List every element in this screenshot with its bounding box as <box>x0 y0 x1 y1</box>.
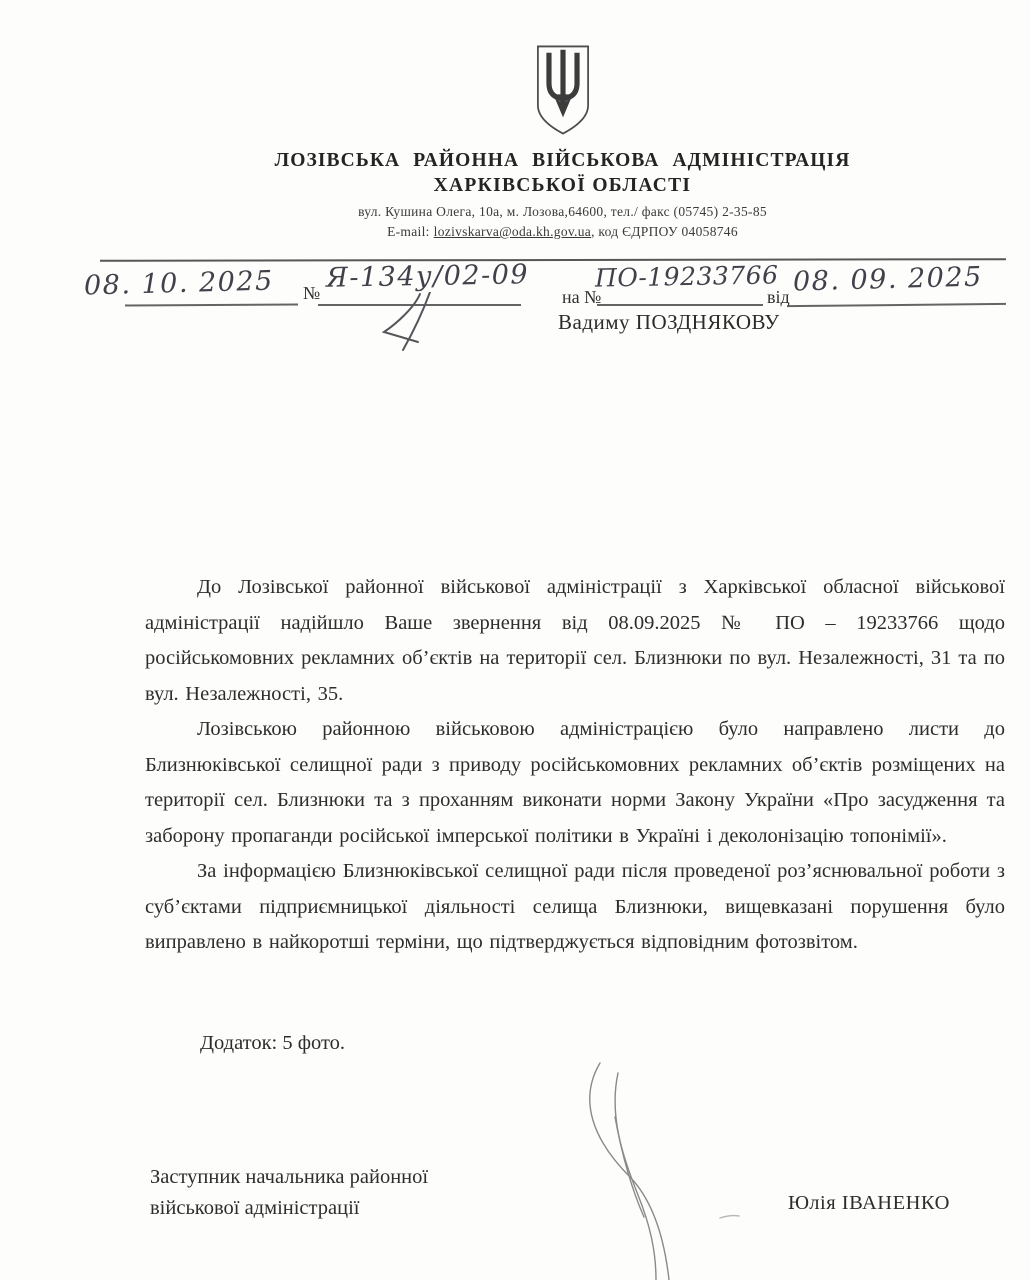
number-label: № <box>303 283 320 304</box>
handwritten-signature <box>560 1055 780 1280</box>
body-paragraph: За інформацією Близнюківської селищної р… <box>145 854 1005 961</box>
signer-title-line2: військової адміністрації <box>150 1193 428 1224</box>
email-line: E-mail:lozivskarva@oda.kh.gov.ua, код ЄД… <box>60 224 1031 240</box>
pen-flourish <box>372 292 452 354</box>
address-line: вул. Кушина Олега, 10а, м. Лозова,64600,… <box>60 204 1031 220</box>
outgoing-number-handwritten: Я-134у/02-09 <box>326 259 530 294</box>
body-paragraph: До Лозівської районної військової адміні… <box>145 570 1005 712</box>
signer-title: Заступник начальника районної військової… <box>150 1162 428 1224</box>
ref-underline <box>597 304 763 306</box>
reference-rule-line <box>100 258 1006 262</box>
org-name-line1: ЛОЗІВСЬКА РАЙОННА ВІЙСЬКОВА АДМІНІСТРАЦІ… <box>60 150 1031 172</box>
attachment-note: Додаток: 5 фото. <box>200 1032 345 1055</box>
outgoing-date-handwritten: 08. 10. 2025 <box>84 266 275 302</box>
signer-name: Юлія ІВАНЕНКО <box>788 1192 950 1215</box>
signer-title-line1: Заступник начальника районної <box>150 1162 428 1193</box>
ref-underline <box>787 303 1006 307</box>
incoming-number-handwritten: ПО-19233766 <box>595 260 779 292</box>
letterhead: ЛОЗІВСЬКА РАЙОННА ВІЙСЬКОВА АДМІНІСТРАЦІ… <box>60 150 1031 240</box>
ref-underline <box>125 304 298 307</box>
incoming-date-handwritten: 08. 09. 2025 <box>793 262 984 298</box>
body-paragraph: Лозівською районною військовою адміністр… <box>145 712 1005 854</box>
tryzub-icon <box>524 42 602 138</box>
email-address: lozivskarva@oda.kh.gov.ua <box>434 224 591 239</box>
edrpou-code: , код ЄДРПОУ 04058746 <box>591 224 738 239</box>
scanned-letter-page: ЛОЗІВСЬКА РАЙОННА ВІЙСЬКОВА АДМІНІСТРАЦІ… <box>0 0 1031 1280</box>
email-label: E-mail: <box>387 224 430 239</box>
letter-body: До Лозівської районної військової адміні… <box>145 570 1005 961</box>
tryzub-emblem <box>524 42 602 138</box>
addressee-name: Вадиму ПОЗДНЯКОВУ <box>558 310 780 335</box>
org-name-line2: ХАРКІВСЬКОЇ ОБЛАСТІ <box>60 175 1031 197</box>
